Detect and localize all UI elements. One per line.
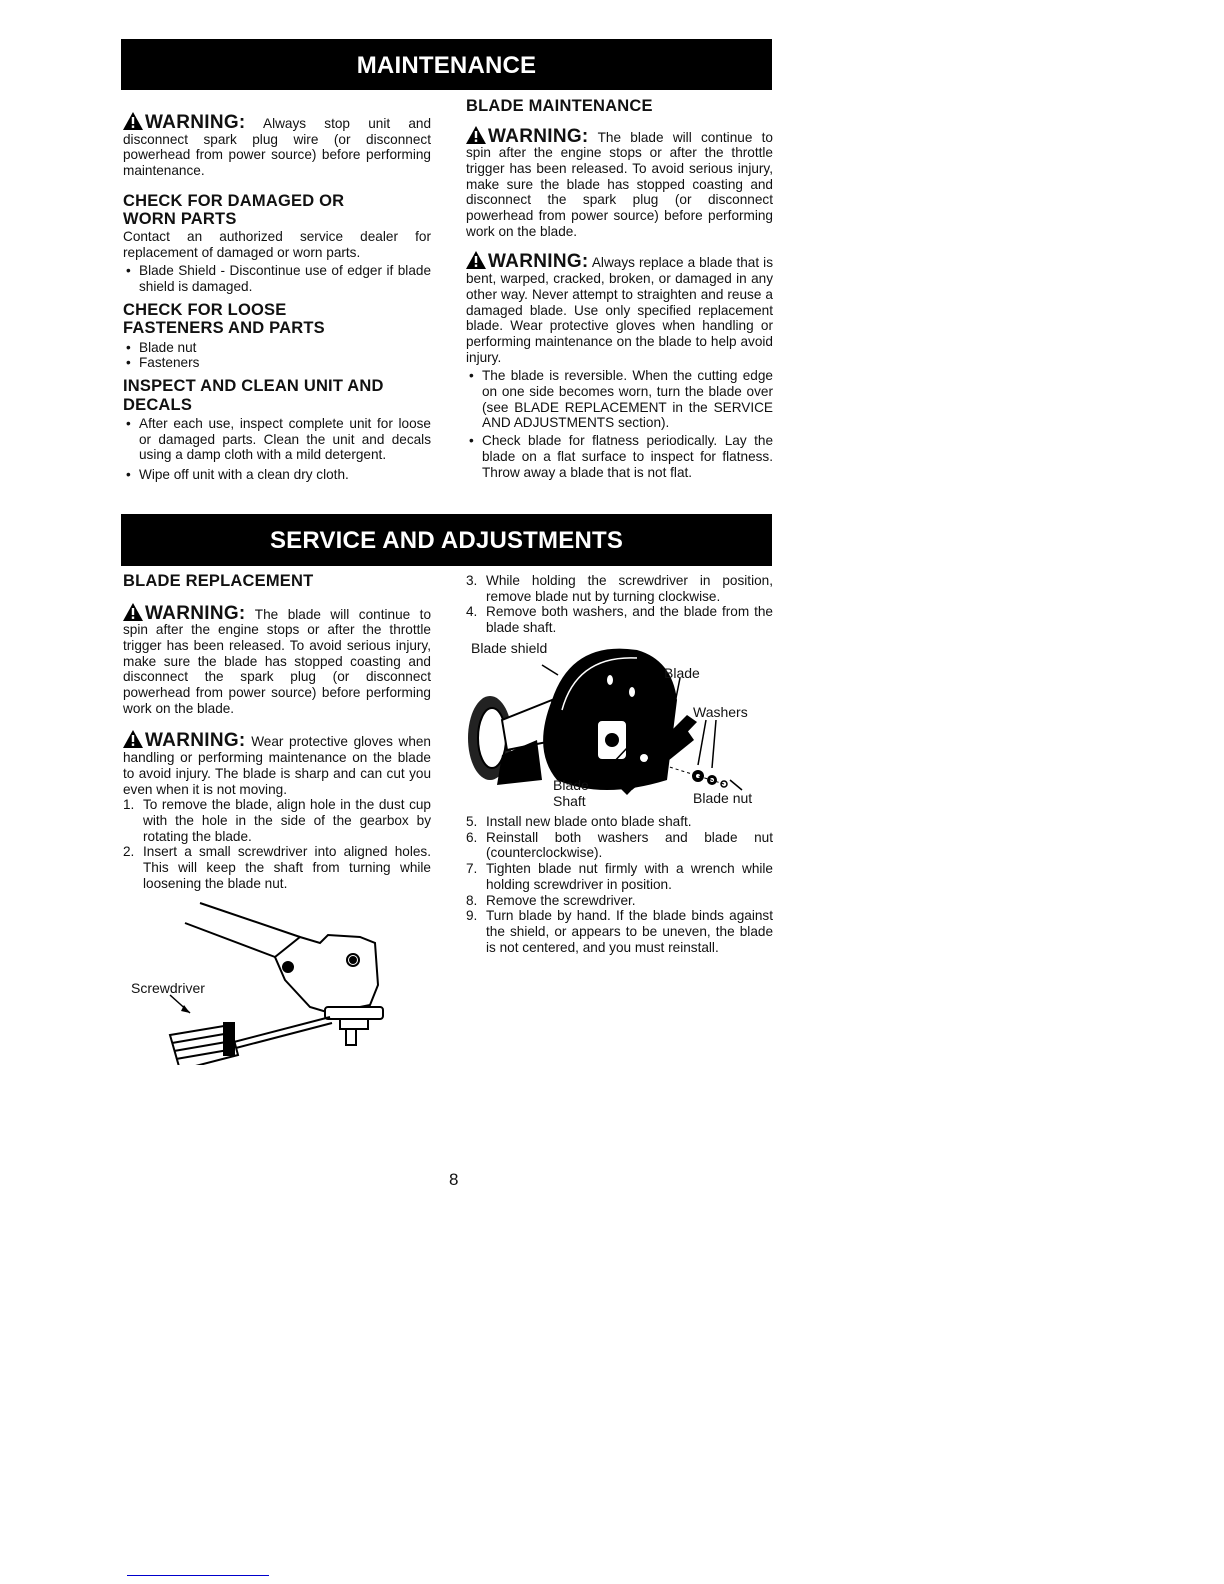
warning-icon [123,603,143,621]
list-item: After each use, inspect complete unit fo… [123,416,431,463]
warning-label: WARNING: [145,112,246,133]
service-adjustments-banner: SERVICE AND ADJUSTMENTS [121,514,772,566]
warning-label: WARNING: [145,603,246,624]
page-number: 8 [449,1170,458,1190]
warning-label: WARNING: [488,251,589,272]
step-item: 4.Remove both washers, and the blade fro… [466,604,773,635]
inspect-bullets: After each use, inspect complete unit fo… [123,416,431,483]
step-item: 9.Turn blade by hand. If the blade binds… [466,908,773,955]
heading-damaged-line1: CHECK FOR DAMAGED OR [123,192,431,211]
label-blade-shaft-1: Blade [553,777,589,793]
warning-icon [123,730,143,748]
list-item: Wipe off unit with a clean dry cloth. [123,467,431,483]
warning-icon [466,126,486,144]
blade-replacement-warning-2: WARNING: Wear protective gloves when han… [123,730,431,797]
heading-inspect-line1: INSPECT AND CLEAN UNIT AND [123,377,431,396]
blade-maintenance-bullets: The blade is reversible. When the cuttin… [466,368,773,480]
warning-text: Always replace a blade that is bent, war… [466,255,773,364]
steps-5-9: 5.Install new blade onto blade shaft. 6.… [466,814,773,955]
warning-label: WARNING: [488,126,589,147]
step-item: 1.To remove the blade, align hole in the… [123,797,431,844]
blade-replacement-warning-1: WARNING: The blade will continue to spin… [123,603,431,717]
blade-assembly-illustration [462,640,772,810]
maintenance-left-column: WARNING: Always stop unit and disconnect… [123,112,431,483]
heading-loose-line2: FASTENERS AND PARTS [123,319,431,338]
label-screwdriver: Screwdriver [131,980,205,996]
warning-text: The blade will continue to spin after th… [466,130,773,239]
blade-maintenance-warning-2: WARNING: Always replace a blade that is … [466,251,773,365]
step-item: 2.Insert a small screwdriver into aligne… [123,844,431,891]
step-item: 7.Tighten blade nut firmly with a wrench… [466,861,773,892]
label-blade-shield: Blade shield [471,640,547,656]
service-right-column-top: 3.While holding the screwdriver in posit… [466,573,773,636]
list-item: The blade is reversible. When the cuttin… [466,368,773,431]
service-right-column-bottom: 5.Install new blade onto blade shaft. 6.… [466,814,773,955]
heading-inspect-line2: DECALS [123,396,431,415]
maintenance-right-column: BLADE MAINTENANCE WARNING: The blade wil… [466,97,773,480]
loose-bullets: Blade nut Fasteners [123,340,431,371]
blade-maintenance-warning-1: WARNING: The blade will continue to spin… [466,126,773,240]
damaged-text: Contact an authorized service dealer for… [123,229,431,260]
list-item: Check blade for flatness periodically. L… [466,433,773,480]
step-item: 3.While holding the screwdriver in posit… [466,573,773,604]
warning-label: WARNING: [145,730,246,751]
list-item: Blade Shield - Discontinue use of edger … [123,263,431,294]
maintenance-banner: MAINTENANCE [121,39,772,90]
heading-loose-line1: CHECK FOR LOOSE [123,301,431,320]
heading-blade-replacement: BLADE REPLACEMENT [123,572,431,591]
steps-1-2: 1.To remove the blade, align hole in the… [123,797,431,891]
steps-3-4: 3.While holding the screwdriver in posit… [466,573,773,636]
heading-damaged-line2: WORN PARTS [123,210,431,229]
step-item: 8.Remove the screwdriver. [466,893,773,909]
label-blade: Blade [664,665,700,681]
heading-blade-maintenance: BLADE MAINTENANCE [466,97,773,116]
maintenance-warning: WARNING: Always stop unit and disconnect… [123,112,431,179]
warning-icon [466,251,486,269]
list-item: Blade nut [123,340,431,356]
list-item: Fasteners [123,355,431,371]
link-underline[interactable] [127,1575,269,1576]
warning-text: The blade will continue to spin after th… [123,607,431,716]
label-blade-nut: Blade nut [693,790,752,806]
service-left-column: BLADE REPLACEMENT WARNING: The blade wil… [123,572,431,891]
label-blade-shaft-2: Shaft [553,793,586,809]
warning-icon [123,112,143,130]
step-item: 6.Reinstall both washers and blade nut (… [466,830,773,861]
step-item: 5.Install new blade onto blade shaft. [466,814,773,830]
label-washers: Washers [693,704,748,720]
damaged-bullets: Blade Shield - Discontinue use of edger … [123,263,431,294]
